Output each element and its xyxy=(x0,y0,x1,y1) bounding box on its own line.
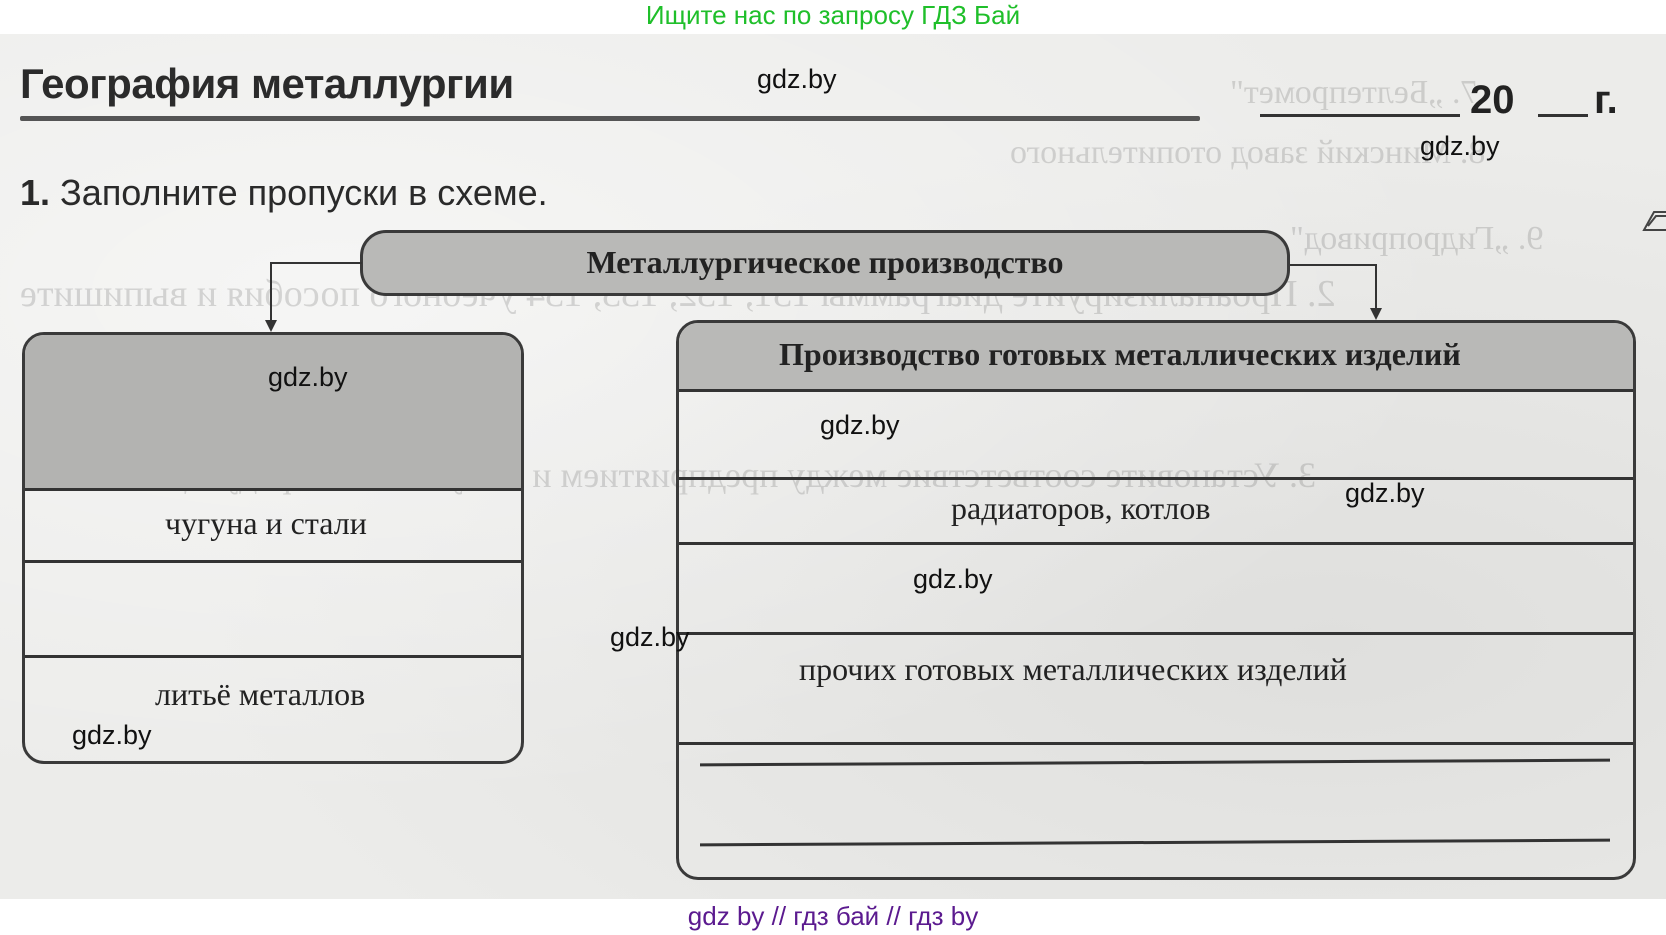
connector-right-h xyxy=(1290,264,1376,266)
left-box-header-blank[interactable] xyxy=(25,335,521,491)
diagram-left-box: чугуна и стали литьё металлов xyxy=(22,332,524,764)
connector-left-v xyxy=(270,262,272,324)
arrow-down-icon xyxy=(265,320,277,332)
date-suffix: г. xyxy=(1594,78,1618,123)
right-row-4[interactable]: прочих готовых металлических изделий xyxy=(679,635,1633,745)
book-icon xyxy=(1640,204,1666,234)
diagram-root-box: Металлургическое производство xyxy=(360,230,1290,296)
watermark: gdz.by xyxy=(268,362,348,393)
title-rule xyxy=(20,116,1200,121)
watermark: gdz.by xyxy=(1420,131,1500,162)
right-row-4-text: прочих готовых металлических изделий xyxy=(799,651,1347,688)
bleed-through-text: 8. Минский завод отопительного xyxy=(1010,134,1485,172)
watermark: gdz.by xyxy=(913,564,993,595)
right-row-5-blank[interactable] xyxy=(679,745,1633,823)
left-row-2-blank[interactable] xyxy=(25,563,521,658)
watermark: gdz.by xyxy=(610,622,690,653)
arrow-down-icon xyxy=(1370,308,1382,320)
right-box-header: Производство готовых металлических издел… xyxy=(679,323,1633,392)
task-number: 1. xyxy=(20,172,50,213)
watermark: gdz.by xyxy=(72,720,152,751)
bottom-banner: gdz by // гдз бай // гдз by xyxy=(0,899,1666,935)
left-row-3-text: литьё металлов xyxy=(155,676,365,713)
date-year-blank xyxy=(1538,114,1588,117)
connector-right-v xyxy=(1375,264,1377,310)
diagram-right-box: Производство готовых металлических издел… xyxy=(676,320,1636,880)
workbook-page: 7. „Белтепромет" 8. Минский завод отопит… xyxy=(0,34,1666,899)
top-banner: Ищите нас по запросу ГДЗ Бай xyxy=(0,0,1666,34)
left-row-1[interactable]: чугуна и стали xyxy=(25,491,521,563)
right-row-2-text: радиаторов, котлов xyxy=(951,490,1210,527)
left-row-1-text: чугуна и стали xyxy=(165,505,367,542)
page-title: География металлургии xyxy=(20,60,514,108)
watermark: gdz.by xyxy=(757,64,837,95)
bleed-through-text: 7. „Белтепромет" xyxy=(1230,74,1478,112)
task-heading: 1. Заполните пропуски в схеме. xyxy=(20,172,548,214)
task-text: Заполните пропуски в схеме. xyxy=(60,172,548,213)
right-row-2[interactable]: радиаторов, котлов xyxy=(679,480,1633,545)
watermark: gdz.by xyxy=(820,410,900,441)
bleed-through-text: 9. „Гидропривод" xyxy=(1290,220,1543,258)
date-year: 20 xyxy=(1470,78,1515,123)
watermark: gdz.by xyxy=(1345,478,1425,509)
right-row-3-blank[interactable] xyxy=(679,545,1633,635)
connector-left-h xyxy=(270,262,362,264)
date-blank-line xyxy=(1260,114,1460,117)
